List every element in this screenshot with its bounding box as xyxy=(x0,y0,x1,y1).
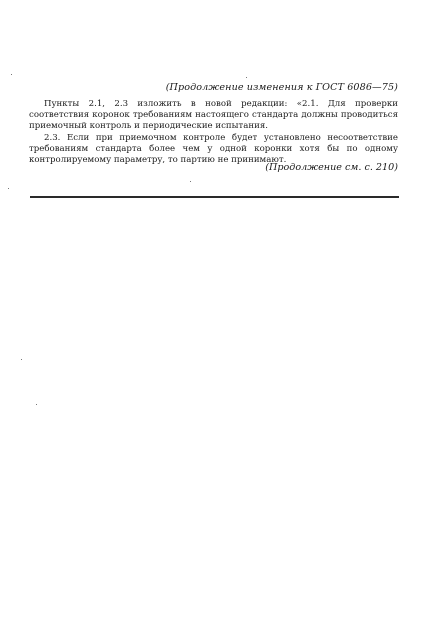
scan-speck xyxy=(36,404,37,405)
scan-speck xyxy=(190,181,191,182)
document-page: (Продолжение изменения к ГОСТ 6086—75) П… xyxy=(0,0,427,633)
paragraph-2-1: Пункты 2.1, 2.3 изложить в новой редакци… xyxy=(29,99,398,133)
amendment-body: Пункты 2.1, 2.3 изложить в новой редакци… xyxy=(29,99,398,166)
scan-speck xyxy=(21,359,22,360)
horizontal-rule xyxy=(30,196,399,198)
continuation-header: (Продолжение изменения к ГОСТ 6086—75) xyxy=(166,82,398,93)
scan-speck xyxy=(11,74,12,75)
continuation-footer: (Продолжение см. с. 210) xyxy=(265,162,398,173)
scan-speck xyxy=(246,77,247,78)
scan-speck xyxy=(8,188,9,189)
